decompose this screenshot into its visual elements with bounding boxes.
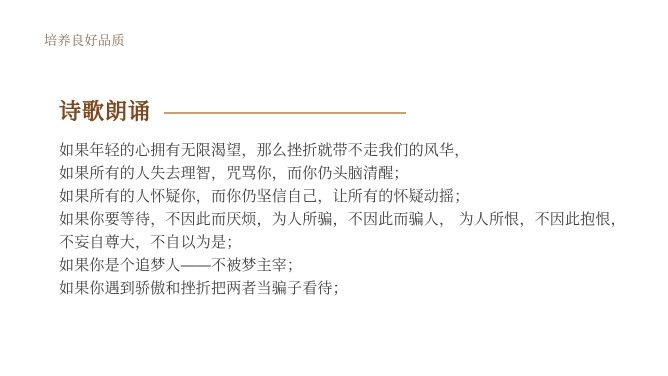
poem-line: 不妄自尊大，不自以为是；	[59, 231, 658, 254]
poem-line: 如果你要等待，不因此而厌烦，为人所骗，不因此而骗人， 为人所恨，不因此抱恨，	[59, 208, 658, 231]
poem-line: 如果你是个追梦人——不被梦主宰；	[59, 254, 658, 277]
presentation-slide: 培养良好品质 诗歌朗诵 如果年轻的心拥有无限渴望，那么挫折就带不走我们的风华， …	[0, 0, 668, 376]
section-title-row: 诗歌朗诵	[59, 98, 406, 126]
poem-body: 如果年轻的心拥有无限渴望，那么挫折就带不走我们的风华， 如果所有的人失去理智，咒…	[59, 139, 658, 300]
section-title: 诗歌朗诵	[59, 98, 151, 126]
poem-line: 如果年轻的心拥有无限渴望，那么挫折就带不走我们的风华，	[59, 139, 658, 162]
slide-topic-label: 培养良好品质	[44, 30, 125, 49]
poem-line: 如果所有的人怀疑你，而你仍坚信自己，让所有的怀疑动摇；	[59, 185, 658, 208]
poem-line: 如果你遇到骄傲和挫折把两者当骗子看待；	[59, 277, 658, 300]
poem-line: 如果所有的人失去理智，咒骂你，而你仍头脑清醒；	[59, 162, 658, 185]
title-divider-line	[164, 112, 406, 114]
